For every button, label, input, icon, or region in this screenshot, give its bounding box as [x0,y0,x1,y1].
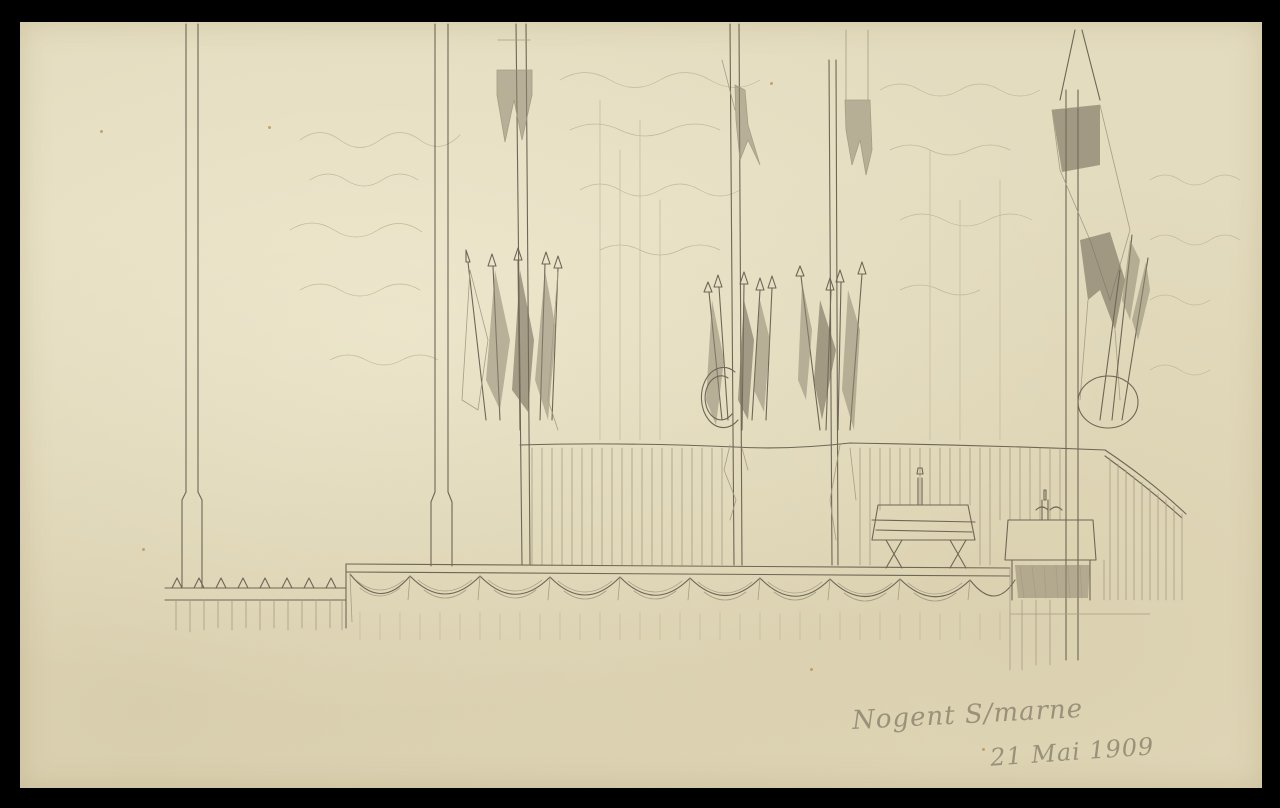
pennant-2 [722,60,760,165]
right-banner [1052,105,1130,400]
back-curtain [520,443,1105,450]
stage-swags [350,574,1015,597]
left-fence-pickets [176,600,342,632]
flag-cluster-left [462,248,562,430]
left-post-1 [182,24,202,588]
sketch-drawing [0,0,1280,808]
wreath-right [1078,376,1138,428]
left-fence [165,578,346,600]
stage-front-skirt [360,612,1000,640]
stage-edge [346,564,1010,628]
back-curtain-folds [532,445,1060,565]
left-post-2 [431,24,452,566]
table-left [872,468,975,568]
pennant-3 [845,30,872,175]
table-right-drapery [1015,565,1090,598]
